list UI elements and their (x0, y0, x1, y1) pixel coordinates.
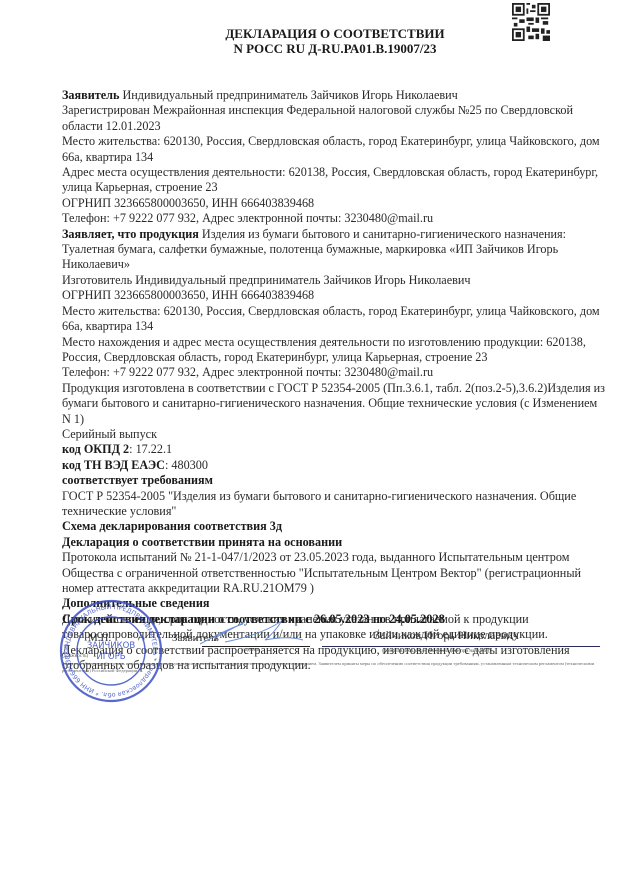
basis-text: Протокола испытаний № 21-1-047/1/2023 от… (62, 550, 607, 596)
manufacturer-ids: ОГРНИП 323665800003650, ИНН 666403839468 (62, 288, 607, 303)
tnved-label: код ТН ВЭД ЕАЭС (62, 458, 165, 472)
requirements-label: соответствует требованиям (62, 473, 607, 488)
applicant-label: Заявитель (62, 88, 119, 102)
applicant-activity-address: Адрес места осуществления деятельности: … (62, 165, 607, 196)
handwritten-signature-icon (195, 618, 305, 650)
name-line (322, 646, 600, 647)
okpd-value: : 17.22.1 (129, 442, 172, 456)
name-caption: (фамилия, имя, отчество (последнее при н… (382, 649, 491, 654)
applicant-ids: ОГРНИП 323665800003650, ИНН 666403839468 (62, 196, 607, 211)
declaration-body: Заявитель Индивидуальный предприниматель… (62, 88, 607, 673)
applicant-registration: Зарегистрирован Межрайонная инспекция Фе… (62, 103, 607, 134)
applicant-contacts: Телефон: +7 9222 077 932, Адрес электрон… (62, 211, 607, 226)
official-stamp-icon: ИНДИВИДУАЛЬНЫЙ ПРЕДПРИНИМАТЕЛЬ * Свердло… (58, 598, 164, 704)
applicant-residence: Место жительства: 620130, Россия, Свердл… (62, 134, 607, 165)
manufacturer-name: Изготовитель Индивидуальный предпринимат… (62, 273, 607, 288)
manufacturer-residence: Место жительства: 620130, Россия, Свердл… (62, 304, 607, 335)
manufacturer-contacts: Телефон: +7 9222 077 932, Адрес электрон… (62, 365, 607, 380)
qr-code-icon (512, 3, 550, 41)
scheme-label: Схема декларирования соответствия 3д (62, 519, 607, 534)
manufacturer-production-address: Место нахождения и адрес места осуществл… (62, 335, 607, 366)
declaration-number: N РОСС RU Д-RU.РА01.В.19007/23 (30, 41, 640, 56)
okpd-label: код ОКПД 2 (62, 442, 129, 456)
basis-label: Декларация о соответствии принята на осн… (62, 535, 607, 550)
tnved-value: : 480300 (165, 458, 208, 472)
manufacturer-standard: Продукция изготовлена в соответствии с Г… (62, 381, 607, 427)
applicant-name: Индивидуальный предприниматель Зайчиков … (122, 88, 457, 102)
product-label: Заявляет, что продукция (62, 227, 199, 241)
release-type: Серийный выпуск (62, 427, 607, 442)
stamp-line-2: ИГОРЬ (96, 652, 125, 662)
signer-name: Зайчиков Игорь Николаевич (374, 628, 519, 643)
requirements-text: ГОСТ Р 52354-2005 "Изделия из бумаги быт… (62, 489, 607, 520)
stamp-line-1: ЗАЙЧИКОВ (87, 639, 136, 651)
